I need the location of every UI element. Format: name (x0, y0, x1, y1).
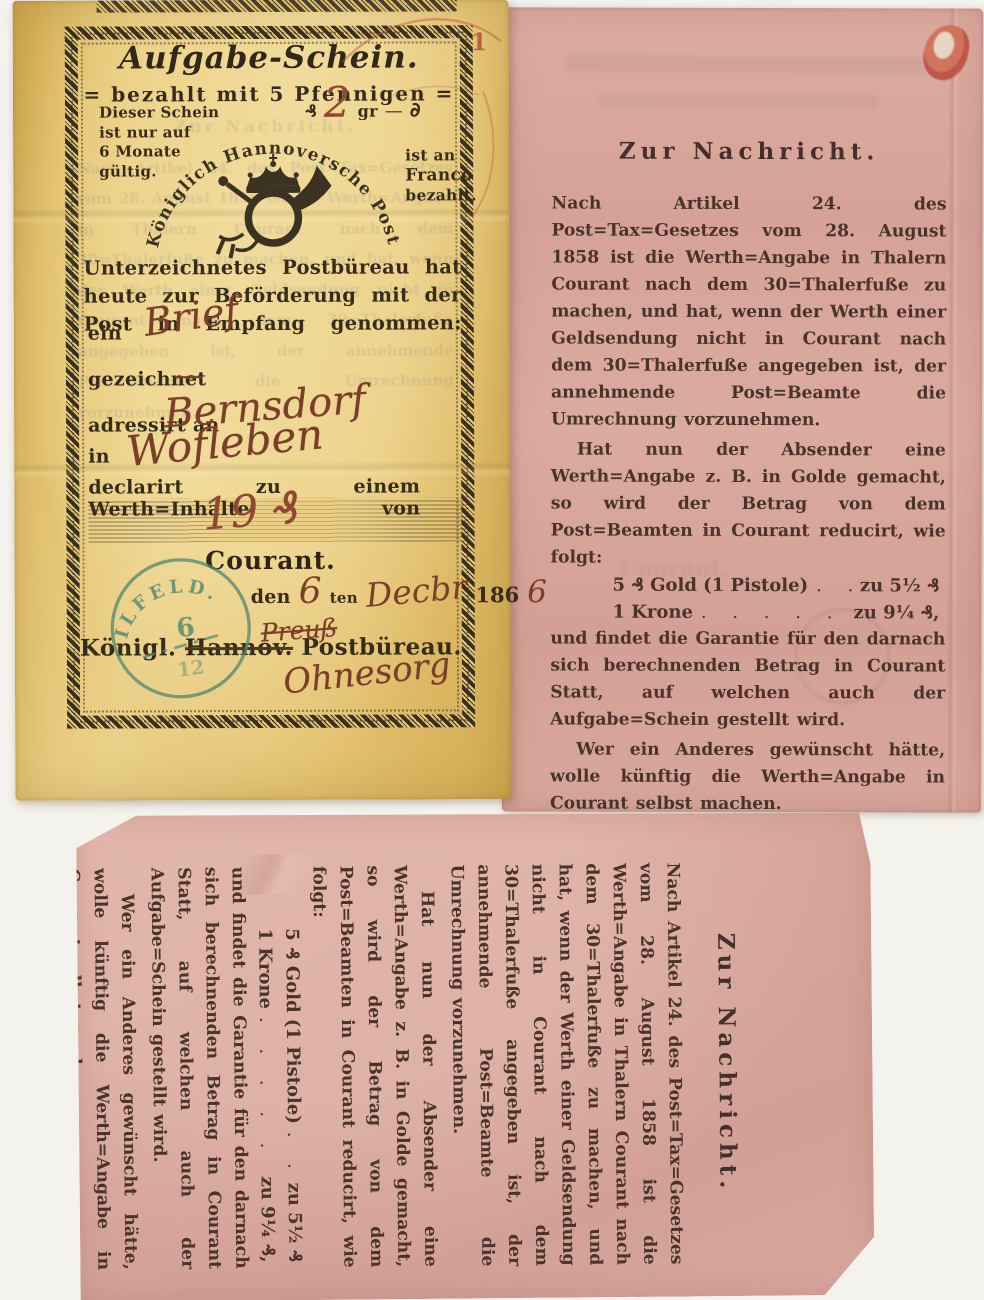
notice-paragraph-4: Wer ein Anderes gewünscht hätte, wolle k… (550, 736, 945, 818)
date-month-handwritten: Decbr (365, 577, 468, 606)
date-printed-year: 186 (475, 582, 519, 607)
conversion-dots: . . (808, 572, 860, 599)
red-stamp-numeral: 1 (471, 27, 488, 56)
conversion-dots: . . . . . . (693, 599, 854, 626)
postmark-day: 6 (175, 612, 197, 644)
notice-paragraph-4: Wer ein Anderes gewünscht hätte, wolle k… (76, 868, 143, 1271)
crown-posthorn-emblem: Königlich Hannoversche Post-Verwaltung (123, 103, 424, 274)
conversion-row-gold: 5 ₰ Gold (1 Pistole) . . zu 5½ ₰ (613, 572, 940, 600)
conversion-item: 1 Krone (251, 928, 279, 1009)
conversion-rate: zu 5½ ₰ (860, 572, 940, 599)
aufgabe-schein-document: Zur Nachricht. Nach Artikel 24. des Post… (13, 0, 512, 801)
conversion-dots: . . . . . . (252, 1009, 281, 1177)
date-line: den 6 ten Decbr 186 6 (251, 581, 547, 608)
field-label-in: in (88, 446, 110, 468)
conversion-item: 5 ₰ Gold (1 Pistole) (278, 928, 307, 1124)
notice-heading: Zur Nachricht. (711, 862, 742, 1264)
conversion-row-krone: 1 Krone . . . . . . zu 9¼ ₰, (251, 928, 281, 1262)
postmark-place: ILFELD. (105, 571, 229, 644)
notice-paragraph-3: und findet die Garantie für den darnach … (550, 625, 945, 734)
top-border-fragment (97, 0, 457, 13)
notice-heading: Zur Nachricht. (552, 137, 947, 165)
notice-document: Courant. Zur Nachricht. Nach Artikel 24.… (502, 7, 983, 812)
declared-value-handwritten: 19 ₰ (201, 483, 302, 541)
notice-paragraph-1: Nach Artikel 24. des Post=Tax=Gesetzes v… (442, 862, 689, 1266)
notice-body: Zur Nachricht. Nach Artikel 24. des Post… (550, 8, 947, 822)
notice-paragraph-2: Hat nun der Absender eine Werth=Angabe z… (551, 436, 946, 572)
notice-paragraph-1: Nach Artikel 24. des Post=Tax=Gesetzes v… (551, 190, 947, 434)
postmark-month: 12 (176, 656, 206, 682)
conversion-row-krone: 1 Krone . . . . . . zu 9¼ ₰, (612, 599, 939, 627)
correction-preuss: Preuß (260, 613, 338, 648)
notice-paragraph-3: und findet die Garantie für den darnach … (143, 867, 255, 1270)
conversion-rate: zu 9¼ ₰, (253, 1176, 281, 1262)
date-printed-ten: ten (330, 589, 358, 607)
conversion-item: 1 Krone (612, 599, 693, 626)
conversion-row-gold: 5 ₰ Gold (1 Pistole) . . zu 5½ ₰ (278, 928, 308, 1262)
paper-crease (947, 9, 959, 813)
ilfeld-postmark: ILFELD. 6 12 (96, 543, 266, 713)
intro-paragraph: Unterzeichnetes Postbüreau hat heute zur… (83, 253, 461, 338)
field-label-ein: ein (88, 322, 122, 344)
notice-body: Zur Nachricht. Nach Artikel 24. des Post… (76, 861, 870, 1271)
conversion-item: 5 ₰ Gold (1 Pistole) (613, 572, 809, 600)
date-printed-den: den (251, 586, 291, 608)
conversion-rate: zu 9¼ ₰, (853, 599, 939, 626)
receipt-title: Aufgabe-Schein. (65, 39, 473, 76)
svg-text:ILFELD.: ILFELD. (105, 571, 229, 644)
rotated-notice-document: Zur Nachricht. Nach Artikel 24. des Post… (76, 809, 875, 1300)
conversion-rate: zu 5½ ₰ (281, 1182, 309, 1262)
notice-paragraph-2: Hat nun der Absender eine Werth=Angabe z… (304, 865, 443, 1268)
conversion-dots: . . (280, 1124, 308, 1183)
date-year-digit-handwritten: 6 (527, 582, 547, 602)
date-day-handwritten: 6 (299, 582, 322, 602)
scanned-postal-documents: Zur Nachricht. Nach Artikel 24. des Post… (0, 0, 984, 1300)
rotated-content: Zur Nachricht. Nach Artikel 24. des Post… (76, 815, 871, 1300)
